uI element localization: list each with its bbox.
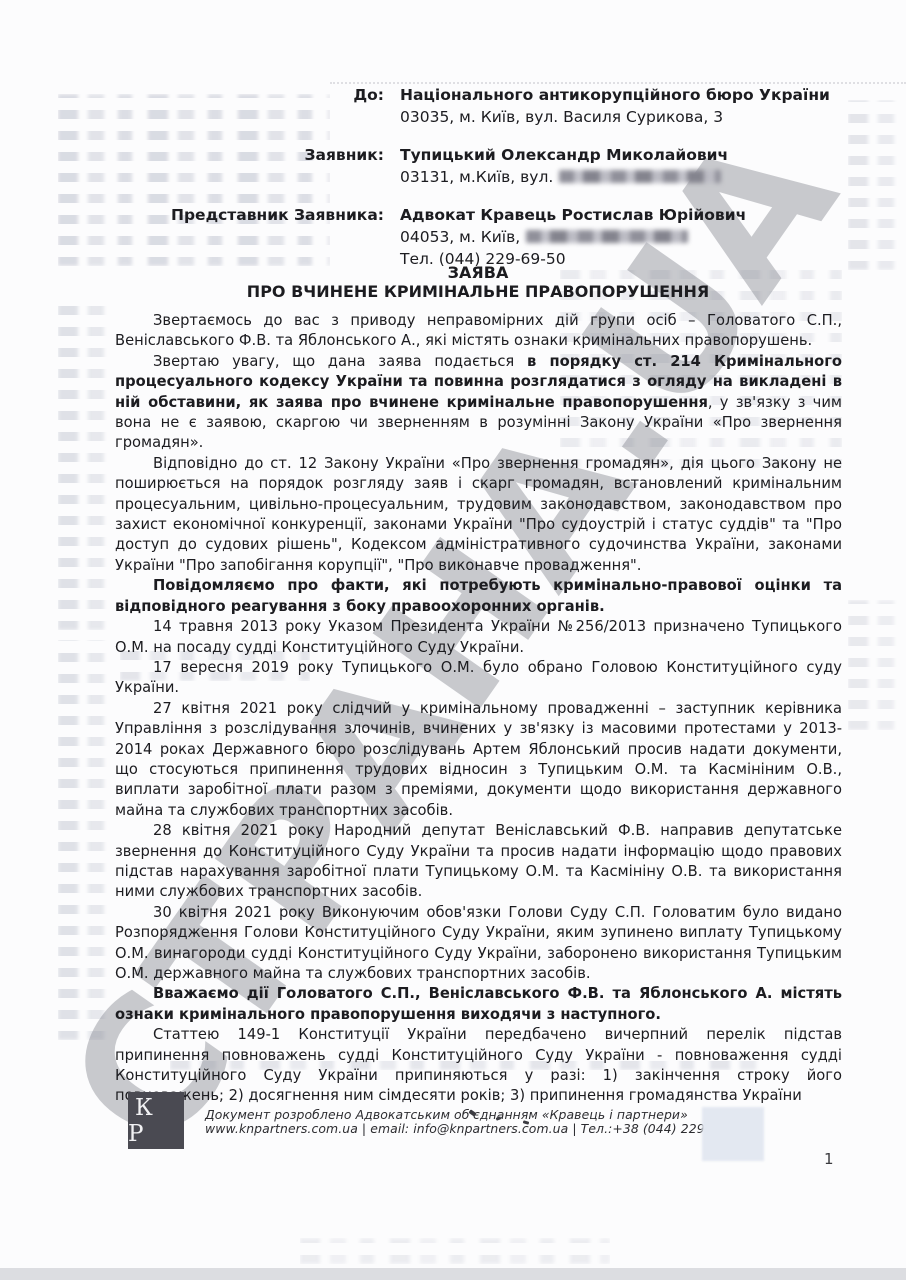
paragraph: 28 квітня 2021 року Народний депутат Вен… — [115, 821, 842, 903]
paragraph: Звертаємось до вас з приводу неправомірн… — [115, 311, 842, 352]
scan-smudge — [702, 1107, 764, 1161]
bleedthrough-texture — [58, 300, 108, 630]
paragraph: 17 вересня 2019 року Тупицького О.М. бул… — [115, 658, 842, 699]
paragraph-run: 14 травня 2013 року Указом Президента Ук… — [115, 618, 842, 655]
title-line-2: ПРО ВЧИНЕНЕ КРИМІНАЛЬНЕ ПРАВОПОРУШЕННЯ — [115, 282, 841, 301]
header-row: Представник Заявника:Адвокат Кравець Рос… — [112, 204, 842, 270]
title-line-1: ЗАЯВА — [115, 263, 841, 282]
paragraph: Звертаю увагу, що дана заява подається в… — [115, 352, 842, 454]
paragraph-run: 17 вересня 2019 року Тупицького О.М. бул… — [115, 659, 842, 696]
header-row-value: Тупицький Олександр Миколайович03131, м.… — [400, 144, 842, 188]
header-row-label: До: — [112, 84, 400, 128]
header-row-value: Національного антикорупційного бюро Укра… — [400, 84, 842, 128]
page-number: 1 — [824, 1150, 834, 1168]
header-value-line: 04053, м. Київ, — [400, 226, 842, 248]
header-value-line: 03035, м. Київ, вул. Василя Сурикова, 3 — [400, 106, 842, 128]
bleedthrough-texture — [300, 1238, 610, 1264]
header-block: До:Національного антикорупційного бюро У… — [112, 84, 842, 286]
scanner-edge-strip — [0, 1268, 906, 1280]
header-value-line: 03131, м.Київ, вул. — [400, 166, 842, 188]
header-row: Заявник:Тупицький Олександр Миколайович0… — [112, 144, 842, 188]
footer-contact-line: www.knpartners.com.ua | email: info@knpa… — [205, 1122, 746, 1136]
bleedthrough-texture — [848, 100, 900, 270]
paragraph-run: Звертаю увагу, що дана заява подається — [153, 353, 527, 370]
paragraph: 14 травня 2013 року Указом Президента Ук… — [115, 617, 842, 658]
paragraph-run: Відповідно до ст. 12 Закону України «Про… — [115, 455, 842, 574]
document-title: ЗАЯВА ПРО ВЧИНЕНЕ КРИМІНАЛЬНЕ ПРАВОПОРУШ… — [115, 263, 841, 301]
header-row: До:Національного антикорупційного бюро У… — [112, 84, 842, 128]
bleedthrough-texture — [848, 600, 900, 730]
header-row-label: Заявник: — [112, 144, 400, 188]
redacted-text — [526, 230, 688, 243]
paragraph-bold-run: Вважаємо дії Головатого С.П., Веніславсь… — [115, 985, 842, 1022]
paragraph: Вважаємо дії Головатого С.П., Веніславсь… — [115, 984, 842, 1025]
paragraph: Повідомляємо про факти, які потребують к… — [115, 576, 842, 617]
header-row-label: Представник Заявника: — [112, 204, 400, 270]
header-row-value: Адвокат Кравець Ростислав Юрійович04053,… — [400, 204, 842, 270]
paragraph-run: 30 квітня 2021 року Виконуючим обов'язки… — [115, 904, 842, 982]
header-value-line: Тупицький Олександр Миколайович — [400, 144, 842, 166]
scanned-page: СТРАНА.UA До:Національного антикорупційн… — [0, 0, 906, 1280]
paragraph: 30 квітня 2021 року Виконуючим обов'язки… — [115, 903, 842, 985]
paragraph-run: 27 квітня 2021 року слідчий у кримінальн… — [115, 700, 842, 819]
law-firm-logo: К Р — [128, 1092, 184, 1149]
footer: К Р Документ розроблено Адвокатським об'… — [128, 1092, 746, 1149]
document-body: Звертаємось до вас з приводу неправомірн… — [115, 311, 842, 1107]
paragraph-run: 28 квітня 2021 року Народний депутат Вен… — [115, 822, 842, 900]
paragraph-run: Звертаємось до вас з приводу неправомірн… — [115, 312, 842, 349]
bleedthrough-texture — [58, 640, 114, 1040]
header-value-line: Національного антикорупційного бюро Укра… — [400, 84, 842, 106]
paragraph: 27 квітня 2021 року слідчий у кримінальн… — [115, 699, 842, 821]
header-value-line: Адвокат Кравець Ростислав Юрійович — [400, 204, 842, 226]
redacted-text — [559, 170, 721, 183]
paragraph: Відповідно до ст. 12 Закону України «Про… — [115, 454, 842, 576]
paragraph-bold-run: Повідомляємо про факти, які потребують к… — [115, 577, 842, 614]
